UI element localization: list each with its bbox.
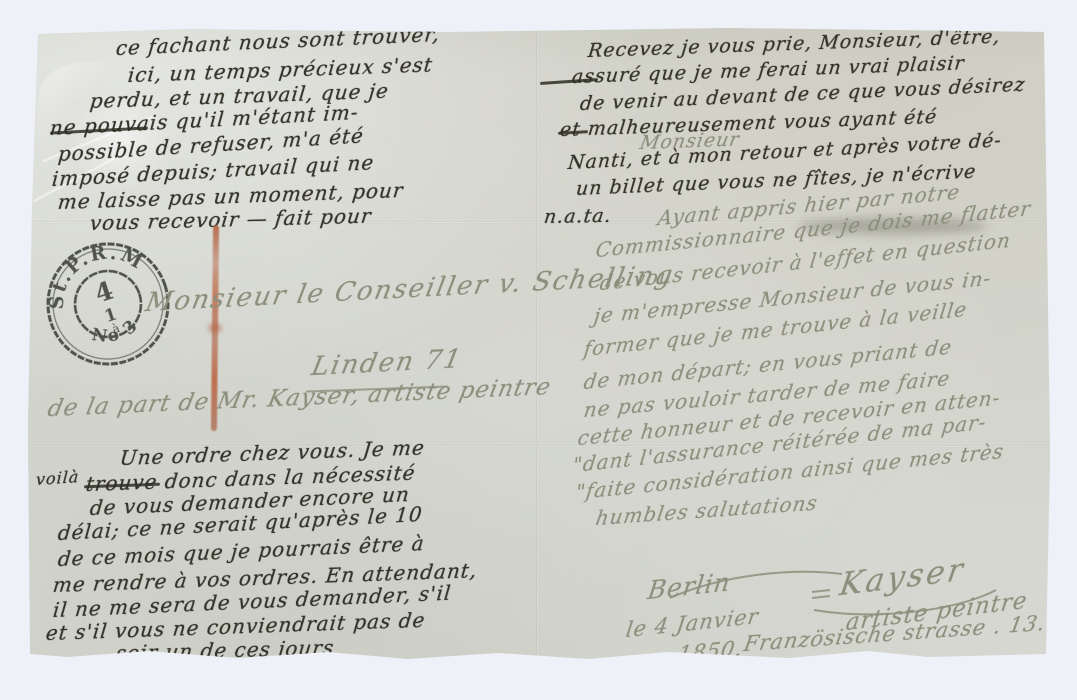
letter-scan: ce fachant nous sont trouver, ici, un te… — [0, 0, 1077, 700]
margin-insertion-word: voilà — [35, 469, 79, 488]
red-crayon-smudge — [208, 323, 222, 333]
postmark-arc-top-text: St.P.R.M — [31, 228, 157, 316]
center-fold-line — [536, 28, 539, 662]
address-sender: de la part de Mr. Kayser, artiste peintr… — [46, 376, 554, 421]
margin-note: n.a.ta. — [543, 207, 613, 227]
address-street: Linden 71 — [309, 346, 464, 380]
handwriting-line: soir un de ces jours — [115, 637, 336, 663]
letter-sheet: ce fachant nous sont trouver, ici, un te… — [28, 28, 1050, 662]
dateline-year: 1850. — [676, 638, 744, 665]
